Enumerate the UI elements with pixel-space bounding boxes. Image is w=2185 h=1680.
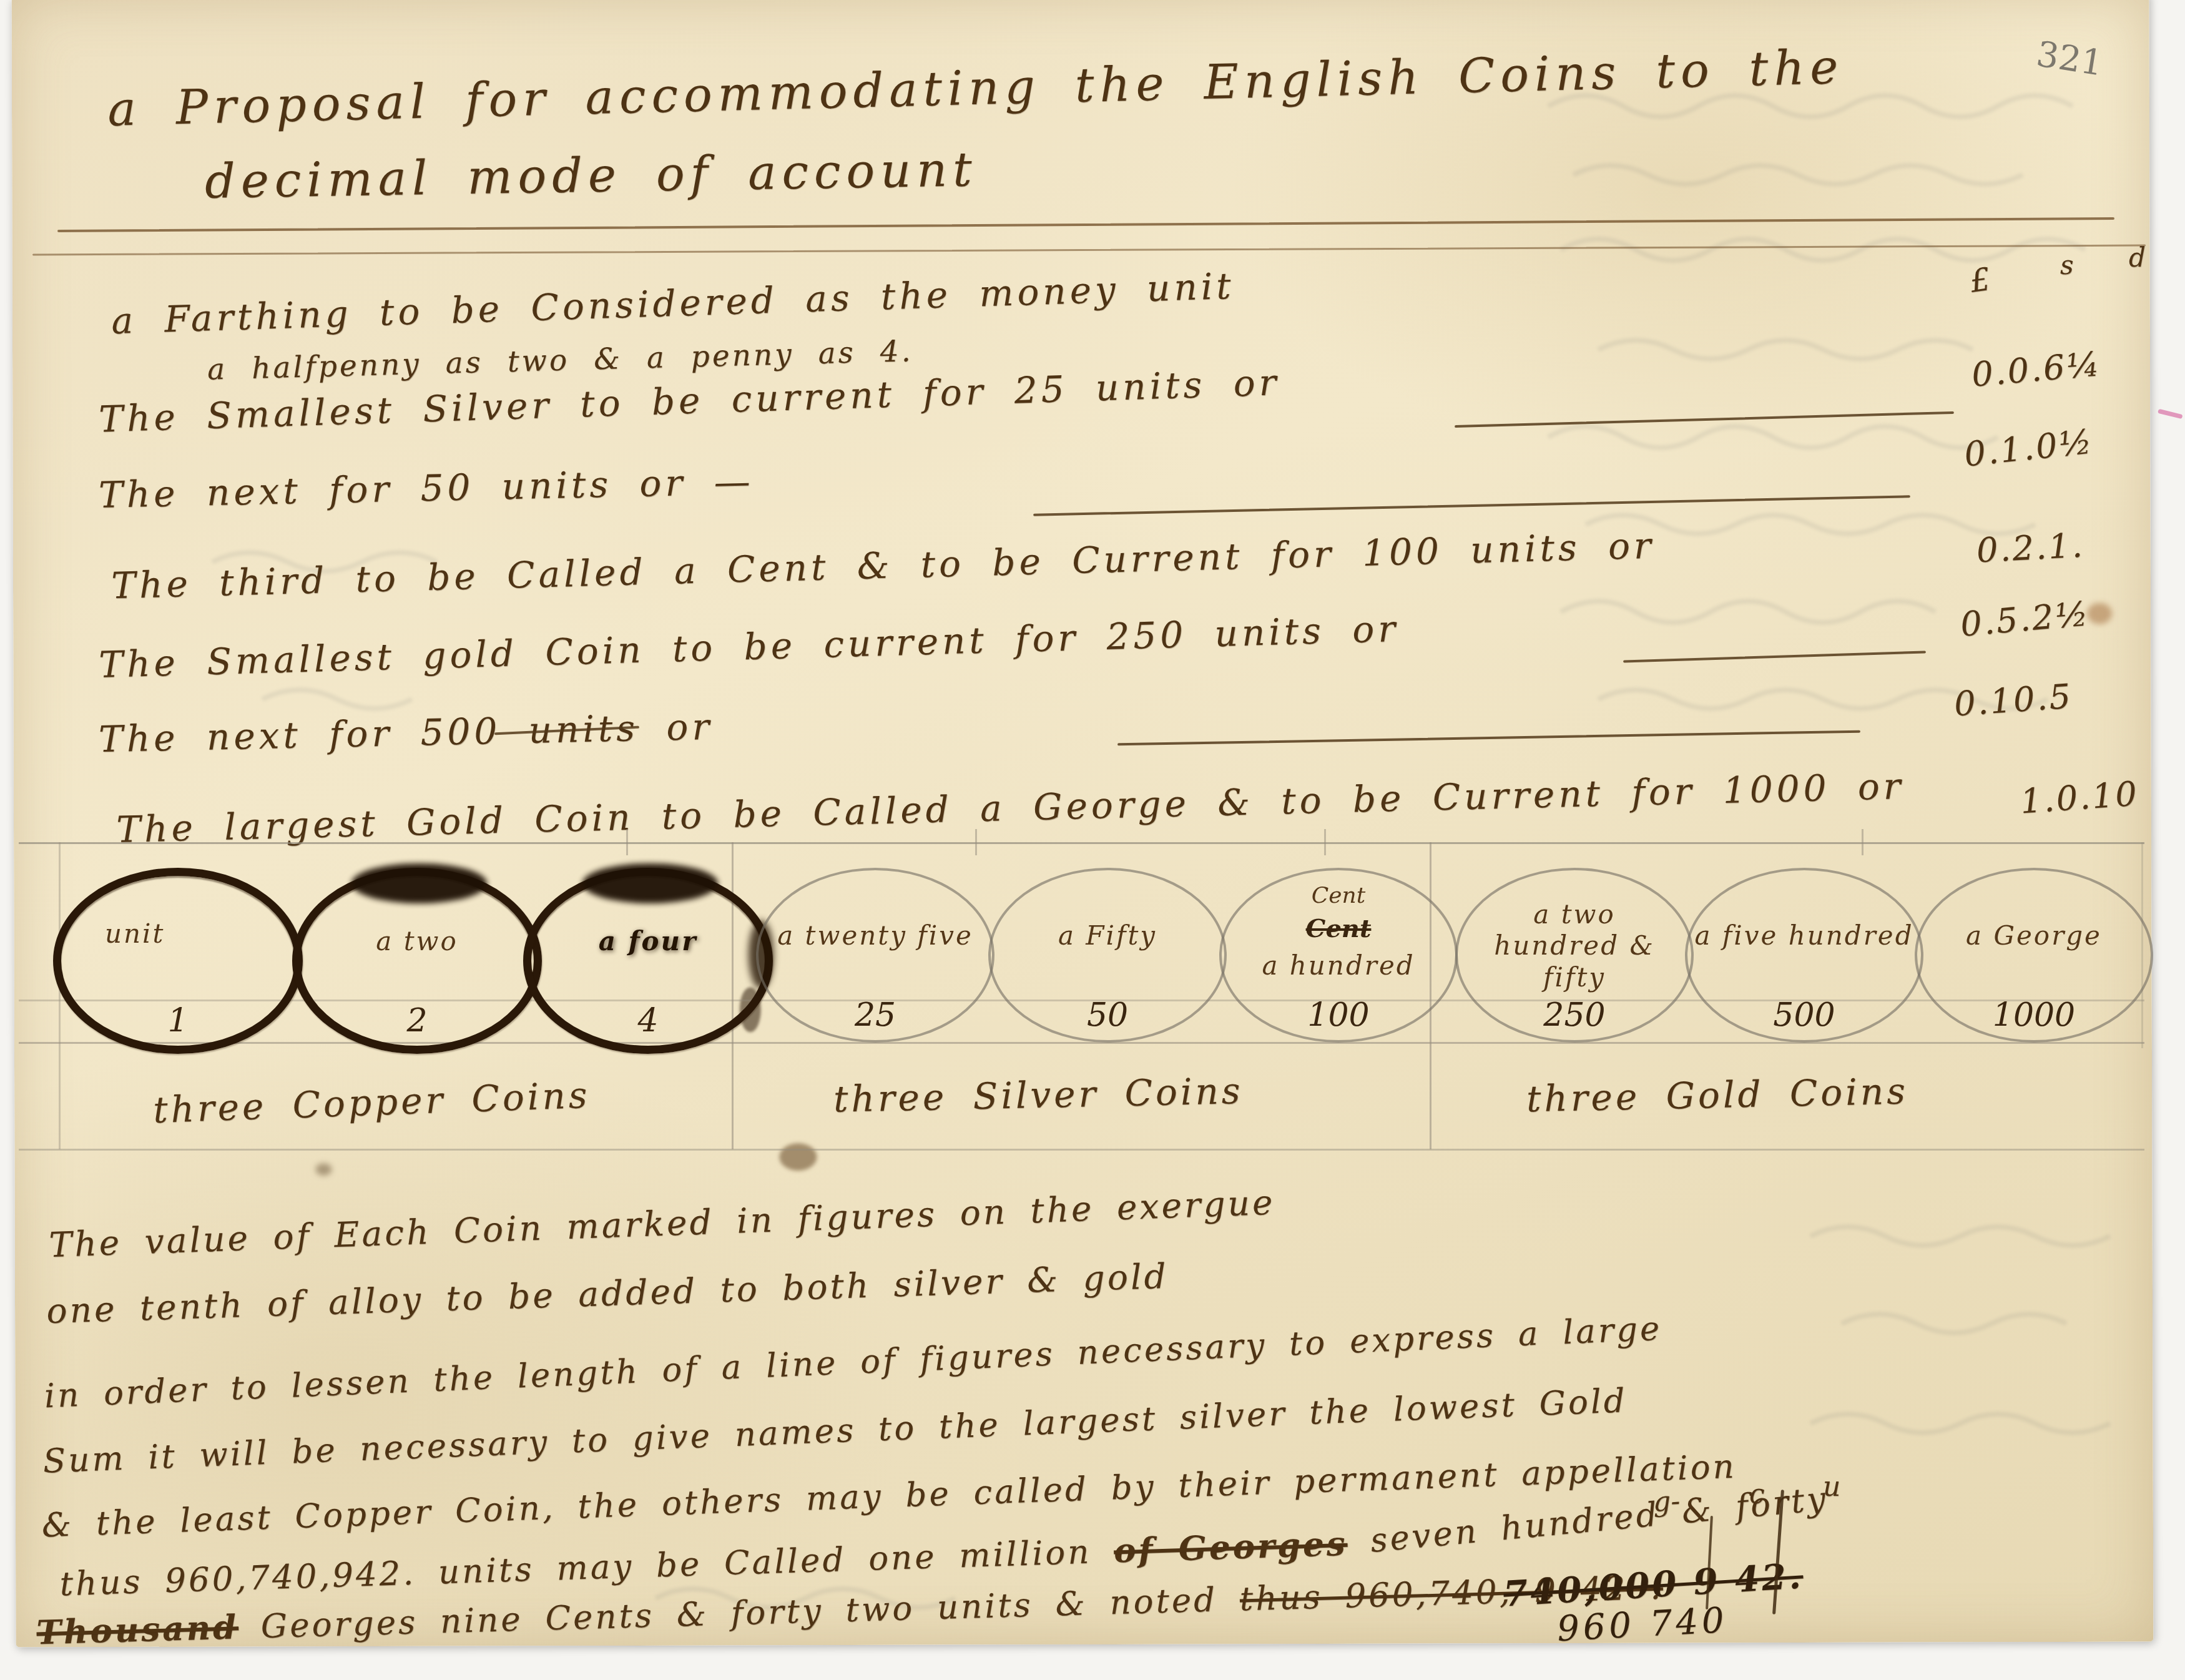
coin-value: 25 bbox=[759, 996, 992, 1034]
coin-label: a twenty five bbox=[759, 920, 992, 951]
value-lsd: 0.2.1. bbox=[1975, 526, 2085, 571]
table-tick bbox=[1324, 829, 1326, 855]
coin-value: 100 bbox=[1222, 996, 1455, 1034]
coin-twenty-five: a twenty five 25 bbox=[756, 868, 994, 1043]
coin-unit: unit 1 bbox=[53, 868, 303, 1054]
coin-label: a two bbox=[300, 926, 534, 956]
pence-column-header: d bbox=[2129, 242, 2146, 273]
coin-george: a George 1000 bbox=[1915, 868, 2153, 1043]
coin-two: a two 2 bbox=[292, 868, 542, 1054]
example-struck-text: of Georges bbox=[1113, 1525, 1348, 1571]
value-lsd: 1.0.10 bbox=[2019, 774, 2140, 821]
shillings-column-header: s bbox=[2060, 250, 2074, 280]
coin-two-hundred-fifty: a two hundred & fifty 250 bbox=[1455, 868, 1694, 1043]
table-tick bbox=[626, 829, 628, 855]
table-tick bbox=[1862, 829, 1863, 855]
caption-silver-coins: three Silver Coins bbox=[833, 1069, 1244, 1121]
coin-four: a four 4 bbox=[523, 868, 773, 1054]
coin-label: a five hundred bbox=[1687, 920, 1921, 951]
table-rule-top bbox=[19, 842, 2144, 844]
notation-header-units: u bbox=[1823, 1471, 1840, 1503]
table-tick bbox=[975, 829, 977, 855]
table-rule-bottom bbox=[19, 1149, 2144, 1151]
coin-value: 50 bbox=[991, 996, 1224, 1034]
coin-fifty: a Fifty 50 bbox=[988, 868, 1227, 1043]
coin-label: unit bbox=[61, 918, 295, 949]
coin-label: a Fifty bbox=[991, 920, 1224, 951]
coin-value: 500 bbox=[1687, 996, 1921, 1034]
coin-label: a four bbox=[531, 926, 765, 956]
value-lsd: 0.10.5 bbox=[1953, 676, 2074, 724]
final-struck-word: Thousand bbox=[36, 1608, 239, 1652]
notation-header-georges: g- bbox=[1652, 1485, 1681, 1518]
coin-value: 1 bbox=[61, 1002, 295, 1039]
notation-header-cents: c bbox=[1749, 1478, 1765, 1510]
coin-hundred: Cent Cent a hundred 100 bbox=[1219, 868, 1458, 1043]
manuscript-scan: 321 a Proposal for accommodating the Eng… bbox=[0, 0, 2185, 1680]
coin-value: 2 bbox=[300, 1002, 534, 1039]
coin-value: 1000 bbox=[1917, 996, 2151, 1034]
coin-label: a two hundred & fifty bbox=[1458, 899, 1691, 993]
coin-five-hundred: a five hundred 500 bbox=[1685, 868, 1923, 1043]
table-rule-left bbox=[59, 842, 61, 1149]
coin-annotation-struck: Cent bbox=[1222, 914, 1455, 943]
coin-value: 4 bbox=[531, 1002, 765, 1039]
table-rule-belowcoins bbox=[19, 1042, 2144, 1044]
caption-gold-coins: three Gold Coins bbox=[1526, 1070, 1908, 1121]
coin-annotation: Cent bbox=[1222, 883, 1455, 908]
coin-label: a hundred bbox=[1222, 950, 1455, 981]
coin-label: a George bbox=[1917, 920, 2151, 951]
coin-value: 250 bbox=[1458, 996, 1691, 1034]
